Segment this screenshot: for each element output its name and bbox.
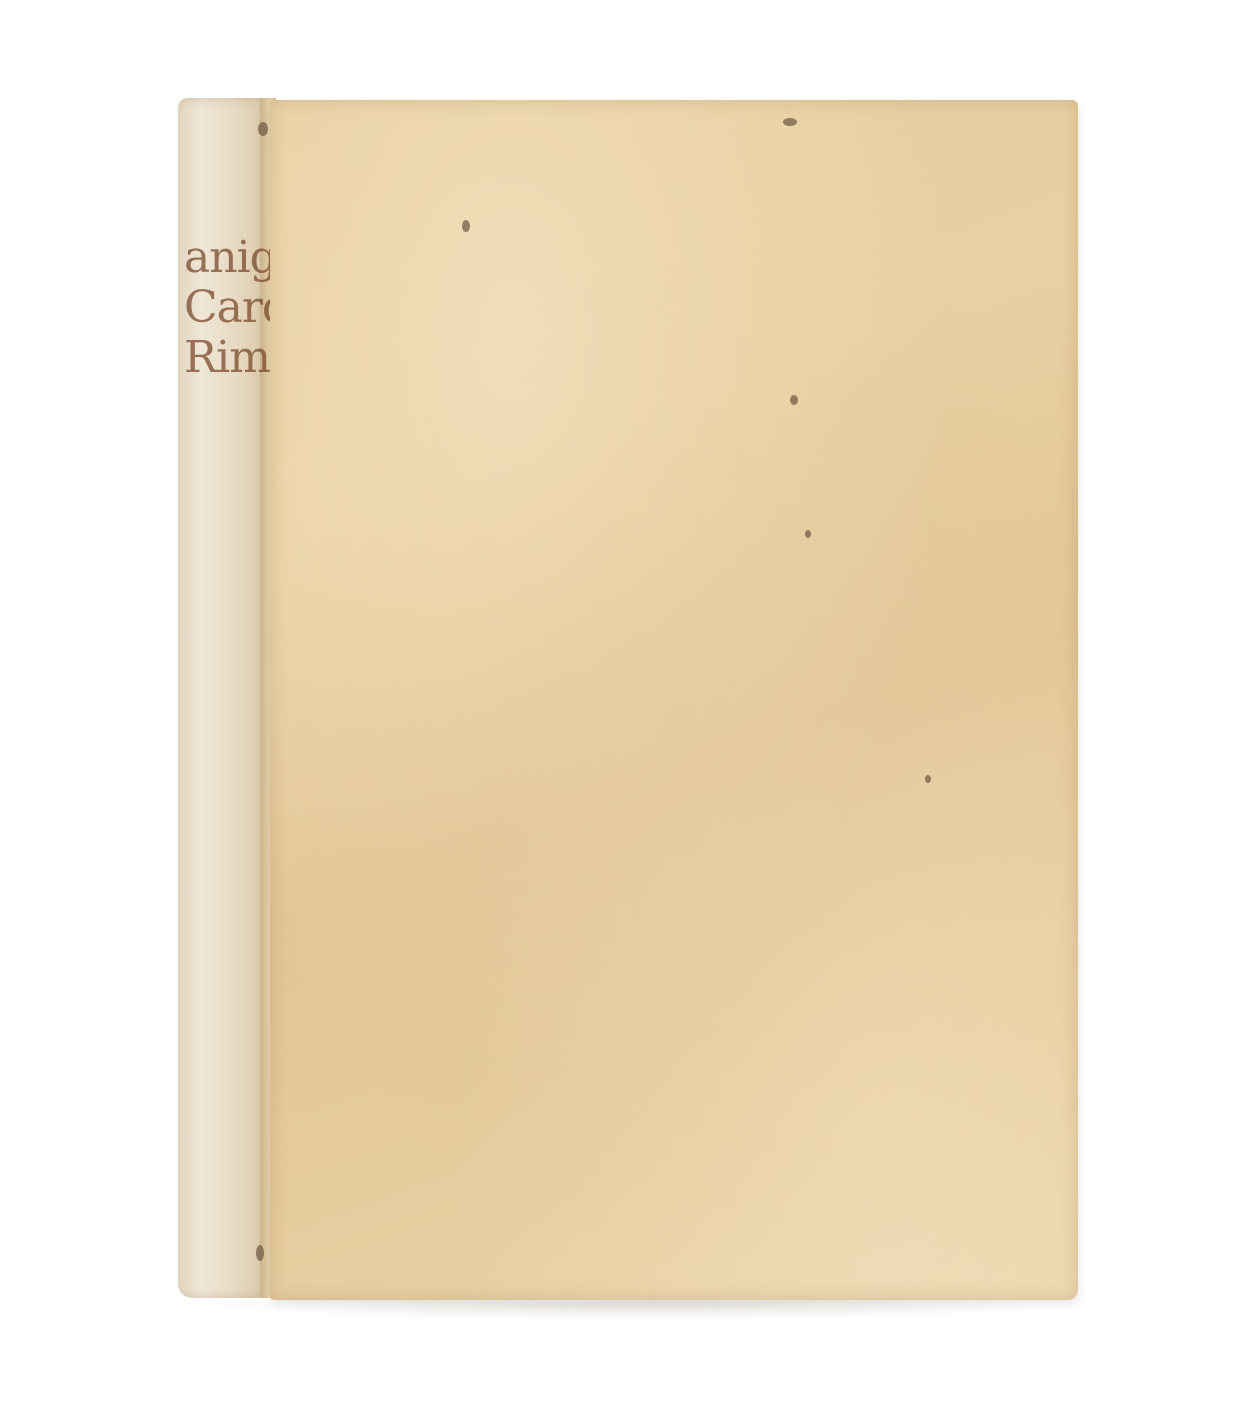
- cover-blemish: [805, 530, 811, 538]
- spine-text-line-1: anig: [178, 232, 276, 283]
- spine-tear: [256, 1245, 264, 1261]
- cover-blemish: [783, 118, 797, 126]
- spine-text-line-3: Rim: [178, 332, 276, 383]
- cover-blemish: [925, 775, 931, 783]
- cover-blemish: [790, 395, 798, 405]
- cover-blemish: [462, 220, 470, 232]
- book-front-cover: [270, 100, 1078, 1300]
- spine-text-line-2: Card: [178, 282, 276, 333]
- spine-tear: [258, 122, 268, 136]
